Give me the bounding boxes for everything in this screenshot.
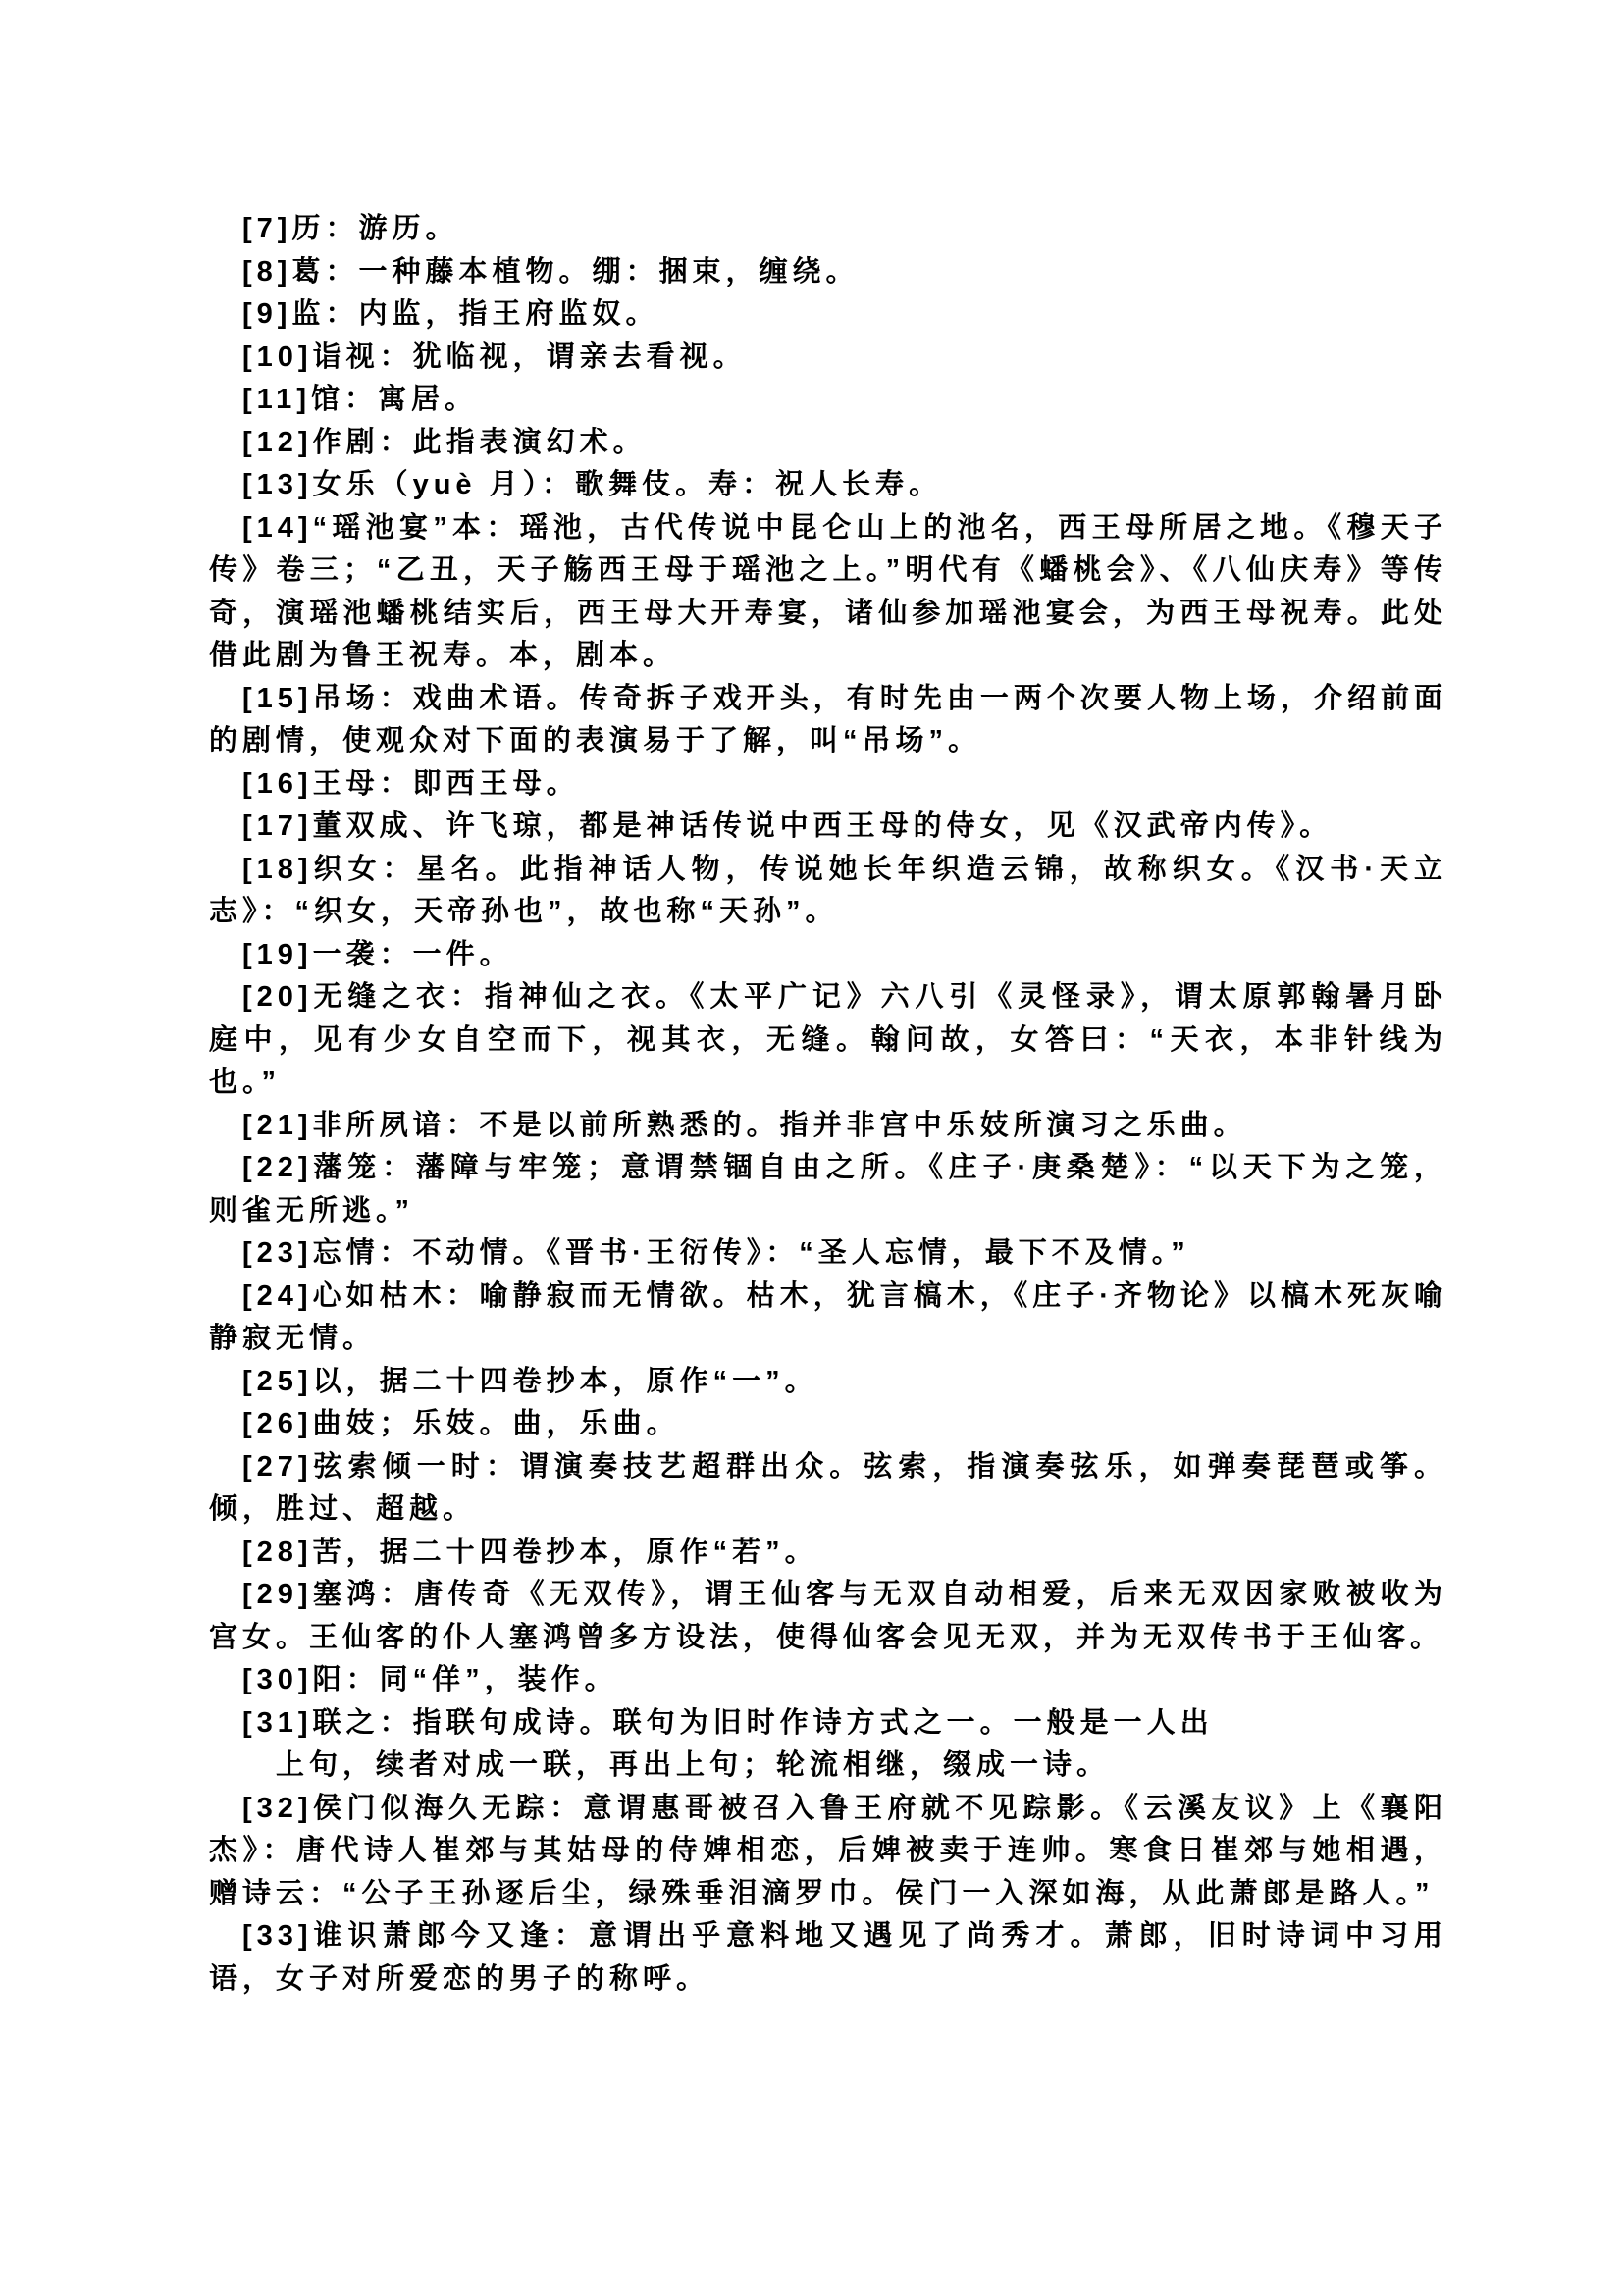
note-text: 织女：星名。此指神话人物，传说她长年织造云锦，故称织女。《汉书·天立志》：“织女… [209,854,1447,928]
note-text: 无缝之衣：指神仙之衣。《太平广记》六八引《灵怪录》，谓太原郭翰暑月卧庭中，见有少… [209,981,1447,1098]
note-number: [29] [242,1579,313,1610]
note-item: [14]“瑶池宴”本：瑶池，古代传说中昆仑山上的池名，西王母所居之地。《穆天子传… [209,507,1447,678]
note-text: 董双成、许飞琼，都是神话传说中西王母的侍女，见《汉武帝内传》。 [313,810,1334,842]
note-number: [22] [242,1152,313,1183]
note-text: 联之：指联句成诗。联句为旧时作诗方式之一。一般是一人出 [313,1707,1214,1739]
note-text: 苦，据二十四卷抄本，原作“若”。 [313,1537,818,1568]
note-text: 历：游历。 [291,213,458,244]
note-number: [25] [242,1366,313,1397]
note-text: 谁识萧郎今又逢：意谓出乎意料地又遇见了尚秀才。萧郎，旧时诗词中习用语，女子对所爱… [209,1920,1447,1995]
note-number: [17] [242,810,313,842]
note-item: [11]馆：寓居。 [209,379,1447,422]
note-item: [13]女乐（yuè 月）：歌舞伎。寿：祝人长寿。 [209,464,1447,507]
note-number: [27] [242,1451,313,1483]
note-number: [28] [242,1537,313,1568]
note-item: [9]监：内监，指王府监奴。 [209,293,1447,337]
note-number: [30] [242,1664,313,1695]
note-number: [12] [242,427,313,458]
note-number: [33] [242,1920,313,1952]
note-number: [7] [242,213,291,244]
note-item: [25]以，据二十四卷抄本，原作“一”。 [209,1361,1447,1404]
note-item: [18]织女：星名。此指神话人物，传说她长年织造云锦，故称织女。《汉书·天立志》… [209,849,1447,934]
note-text: 女乐（yuè 月）：歌舞伎。寿：祝人长寿。 [313,469,943,500]
note-number: [32] [242,1793,313,1824]
note-item: [28]苦，据二十四卷抄本，原作“若”。 [209,1532,1447,1575]
note-number: [31] [242,1707,313,1739]
notes-column: [7]历：游历。[8]葛：一种藤本植物。绷：捆束，缠绕。[9]监：内监，指王府监… [209,208,1447,2001]
note-item: [7]历：游历。 [209,208,1447,251]
note-text: 藩笼：藩障与牢笼；意谓禁锢自由之所。《庄子·庚桑楚》：“以天下为之笼，则雀无所逃… [209,1152,1447,1226]
note-item: [17]董双成、许飞琼，都是神话传说中西王母的侍女，见《汉武帝内传》。 [209,806,1447,849]
note-number: [8] [242,256,291,287]
note-number: [11] [242,384,311,415]
note-item: [24]心如枯木：喻静寂而无情欲。枯木，犹言槁木，《庄子·齐物论》以槁木死灰喻静… [209,1276,1447,1361]
note-number: [14] [242,512,313,544]
note-number: [15] [242,683,313,714]
note-text: 阳：同“佯”，装作。 [313,1664,618,1695]
note-text: 心如枯木：喻静寂而无情欲。枯木，犹言槁木，《庄子·齐物论》以槁木死灰喻静寂无情。 [209,1280,1447,1355]
note-item: [31]联之：指联句成诗。联句为旧时作诗方式之一。一般是一人出上句，续者对成一联… [209,1702,1447,1788]
note-item: [19]一袭：一件。 [209,934,1447,977]
note-item: [16]王母：即西王母。 [209,763,1447,807]
note-text: 馆：寓居。 [311,384,478,415]
note-text: 作剧：此指表演幻术。 [313,427,647,458]
note-text: 诣视：犹临视，谓亲去看视。 [313,341,747,373]
note-text: 塞鸿：唐传奇《无双传》，谓王仙客与无双自动相爱，后来无双因家败被收为宫女。王仙客… [209,1579,1447,1653]
note-text: 葛：一种藤本植物。绷：捆束，缠绕。 [291,256,859,287]
note-item: [20]无缝之衣：指神仙之衣。《太平广记》六八引《灵怪录》，谓太原郭翰暑月卧庭中… [209,976,1447,1105]
note-text: 非所夙谙：不是以前所熟悉的。指并非宫中乐妓所演习之乐曲。 [313,1110,1247,1141]
note-number: [19] [242,939,313,970]
note-continuation-line: 上句，续者对成一联，再出上句；轮流相继，缀成一诗。 [209,1745,1447,1788]
note-number: [23] [242,1237,313,1269]
note-number: [13] [242,469,313,500]
note-item: [21]非所夙谙：不是以前所熟悉的。指并非宫中乐妓所演习之乐曲。 [209,1105,1447,1148]
note-text: 监：内监，指王府监奴。 [291,298,658,330]
note-text: “瑶池宴”本：瑶池，古代传说中昆仑山上的池名，西王母所居之地。《穆天子传》卷三；… [209,512,1447,672]
note-item: [23]忘情：不动情。《晋书·王衍传》：“圣人忘情，最下不及情。” [209,1232,1447,1276]
note-number: [24] [242,1280,313,1312]
note-text: 忘情：不动情。《晋书·王衍传》：“圣人忘情，最下不及情。” [313,1237,1190,1269]
note-item: [26]曲妓；乐妓。曲，乐曲。 [209,1403,1447,1446]
note-item: [32]侯门似海久无踪：意谓惠哥被召入鲁王府就不见踪影。《云溪友议》上《襄阳杰》… [209,1788,1447,1916]
note-item: [27]弦索倾一时：谓演奏技艺超群出众。弦索，指演奏弦乐，如弹奏琵琶或筝。倾，胜… [209,1446,1447,1532]
note-item: [15]吊场：戏曲术语。传奇拆子戏开头，有时先由一两个次要人物上场，介绍前面的剧… [209,678,1447,763]
note-item: [29]塞鸿：唐传奇《无双传》，谓王仙客与无双自动相爱，后来无双因家败被收为宫女… [209,1574,1447,1659]
note-text: 弦索倾一时：谓演奏技艺超群出众。弦索，指演奏弦乐，如弹奏琵琶或筝。倾，胜过、超越… [209,1451,1447,1526]
note-text: 曲妓；乐妓。曲，乐曲。 [313,1408,680,1439]
note-item: [8]葛：一种藤本植物。绷：捆束，缠绕。 [209,251,1447,294]
note-text: 侯门似海久无踪：意谓惠哥被召入鲁王府就不见踪影。《云溪友议》上《襄阳杰》：唐代诗… [209,1793,1447,1909]
note-text: 以，据二十四卷抄本，原作“一”。 [313,1366,818,1397]
note-number: [18] [242,854,313,885]
note-number: [10] [242,341,313,373]
note-text: 吊场：戏曲术语。传奇拆子戏开头，有时先由一两个次要人物上场，介绍前面的剧情，使观… [209,683,1447,757]
document-page: [7]历：游历。[8]葛：一种藤本植物。绷：捆束，缠绕。[9]监：内监，指王府监… [0,0,1624,2294]
note-item: [30]阳：同“佯”，装作。 [209,1659,1447,1702]
note-item: [22]藩笼：藩障与牢笼；意谓禁锢自由之所。《庄子·庚桑楚》：“以天下为之笼，则… [209,1147,1447,1232]
note-text: 王母：即西王母。 [313,768,580,800]
note-item: [33]谁识萧郎今又逢：意谓出乎意料地又遇见了尚秀才。萧郎，旧时诗词中习用语，女… [209,1915,1447,2001]
note-number: [26] [242,1408,313,1439]
note-number: [9] [242,298,291,330]
note-text: 一袭：一件。 [313,939,513,970]
note-item: [10]诣视：犹临视，谓亲去看视。 [209,337,1447,380]
note-number: [16] [242,768,313,800]
note-number: [20] [242,981,313,1013]
note-number: [21] [242,1110,313,1141]
note-item: [12]作剧：此指表演幻术。 [209,422,1447,465]
